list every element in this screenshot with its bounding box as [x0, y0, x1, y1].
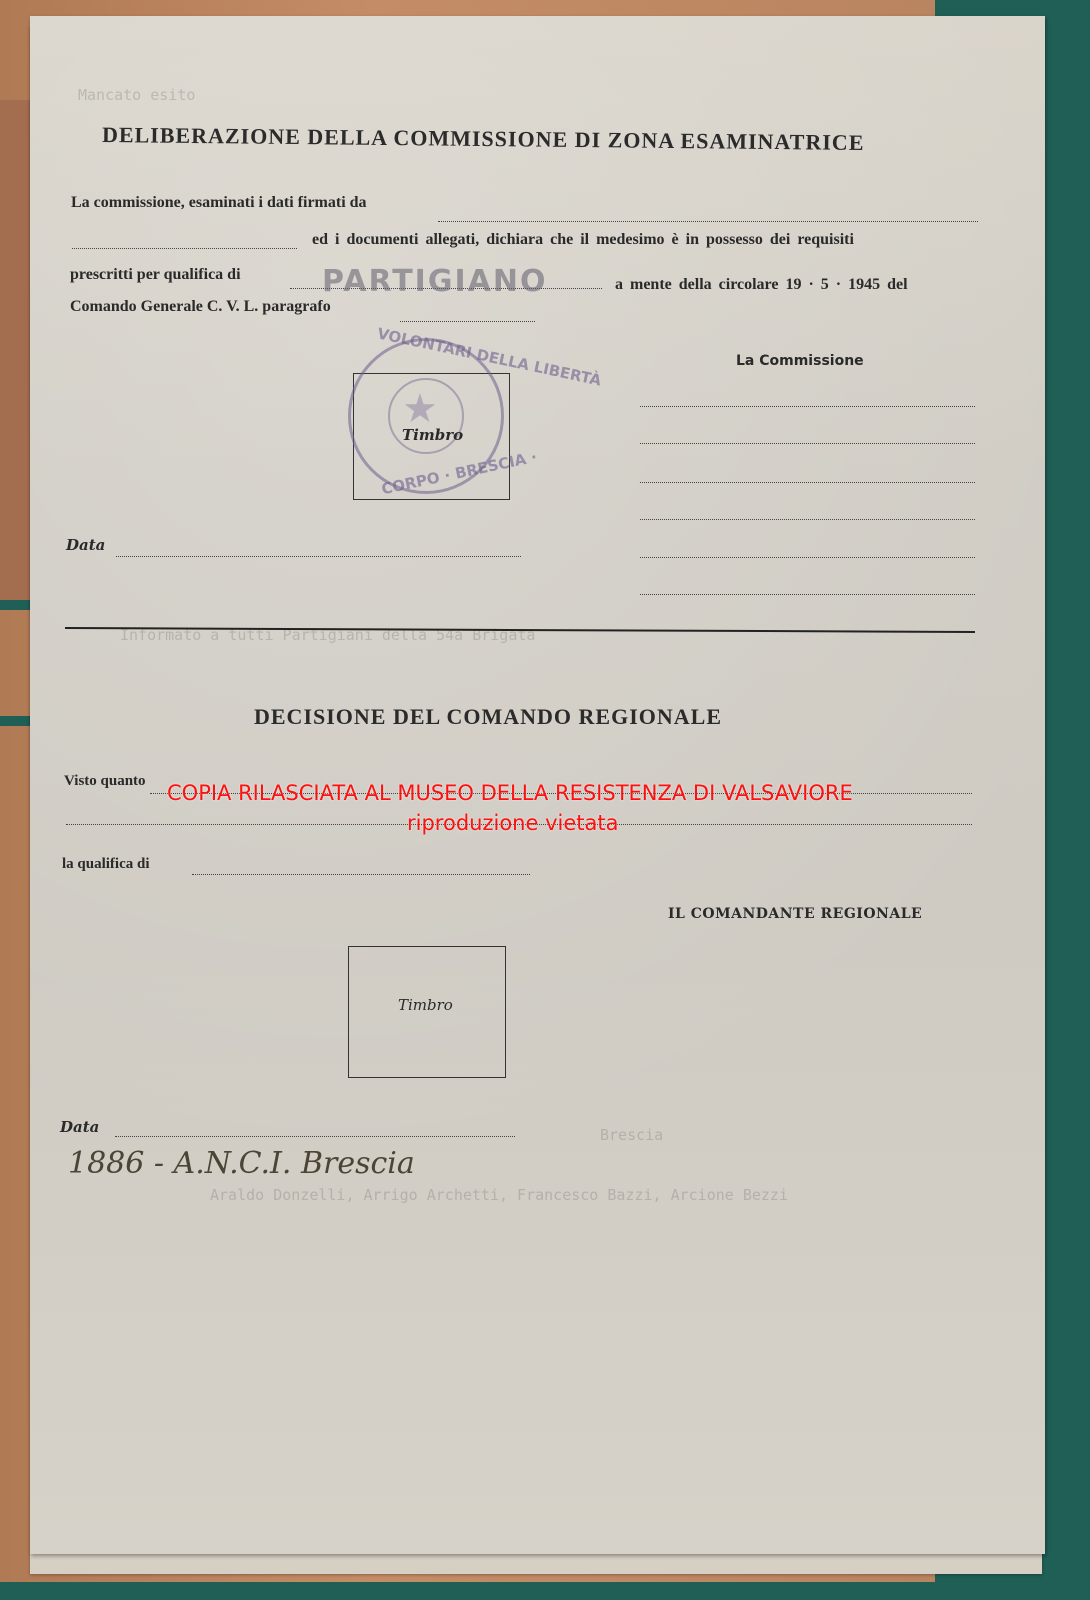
document-page: Mancato esito Informato a tutti Partigia… [30, 16, 1045, 1554]
folder-edge [0, 100, 30, 600]
date-field-1[interactable] [116, 556, 521, 557]
circolare-text: a mente della circolare 19 · 5 · 1945 de… [615, 276, 908, 294]
commander-label: IL COMANDANTE REGIONALE [668, 906, 922, 922]
section1-title: DELIBERAZIONE DELLA COMMISSIONE DI ZONA … [102, 122, 865, 156]
comando-generale-text: Comando Generale C. V. L. paragrafo [70, 298, 331, 316]
commission-signature-line-2[interactable] [640, 443, 975, 444]
watermark-line-1: COPIA RILASCIATA AL MUSEO DELLA RESISTEN… [167, 781, 853, 805]
signer-name-field-cont[interactable] [72, 248, 297, 249]
folder-band [0, 600, 30, 610]
bleed-through-text: Mancato esito [78, 86, 195, 104]
signer-name-field[interactable] [438, 221, 978, 222]
handwritten-note: 1886 - A.N.C.I. Brescia [68, 1146, 415, 1181]
documents-text: ed i documenti allegati, dichiara che il… [312, 231, 854, 249]
stamp-box-label: Timbro [402, 426, 463, 444]
qualifica-label: prescritti per qualifica di [70, 266, 241, 284]
stamp-box-2-label: Timbro [398, 996, 453, 1014]
bleed-through-text: Brescia [600, 1126, 663, 1144]
commission-signature-line-1[interactable] [640, 406, 975, 407]
commission-signature-line-6[interactable] [640, 594, 975, 595]
visto-quanto-text: Visto quanto [64, 773, 146, 790]
bleed-through-text: Araldo Donzelli, Arrigo Archetti, France… [210, 1186, 788, 1204]
commission-signature-line-5[interactable] [640, 557, 975, 558]
date-field-2[interactable] [115, 1136, 515, 1137]
commission-label: La Commissione [736, 353, 864, 369]
commission-intro-text: La commissione, esaminati i dati firmati… [71, 194, 367, 212]
date-label-2: Data [60, 1118, 99, 1136]
date-label-1: Data [66, 536, 105, 554]
paragrafo-field[interactable] [400, 321, 535, 322]
watermark-line-2: riproduzione vietata [407, 811, 618, 835]
section2-title: DECISIONE DEL COMANDO REGIONALE [254, 704, 722, 730]
qualifica-label-2: la qualifica di [62, 856, 150, 873]
commission-signature-line-4[interactable] [640, 519, 975, 520]
commission-signature-line-3[interactable] [640, 482, 975, 483]
qualifica-field-2[interactable] [192, 874, 530, 875]
folder-band [0, 716, 30, 726]
qualifica-stamped-value: PARTIGIANO [322, 264, 547, 299]
